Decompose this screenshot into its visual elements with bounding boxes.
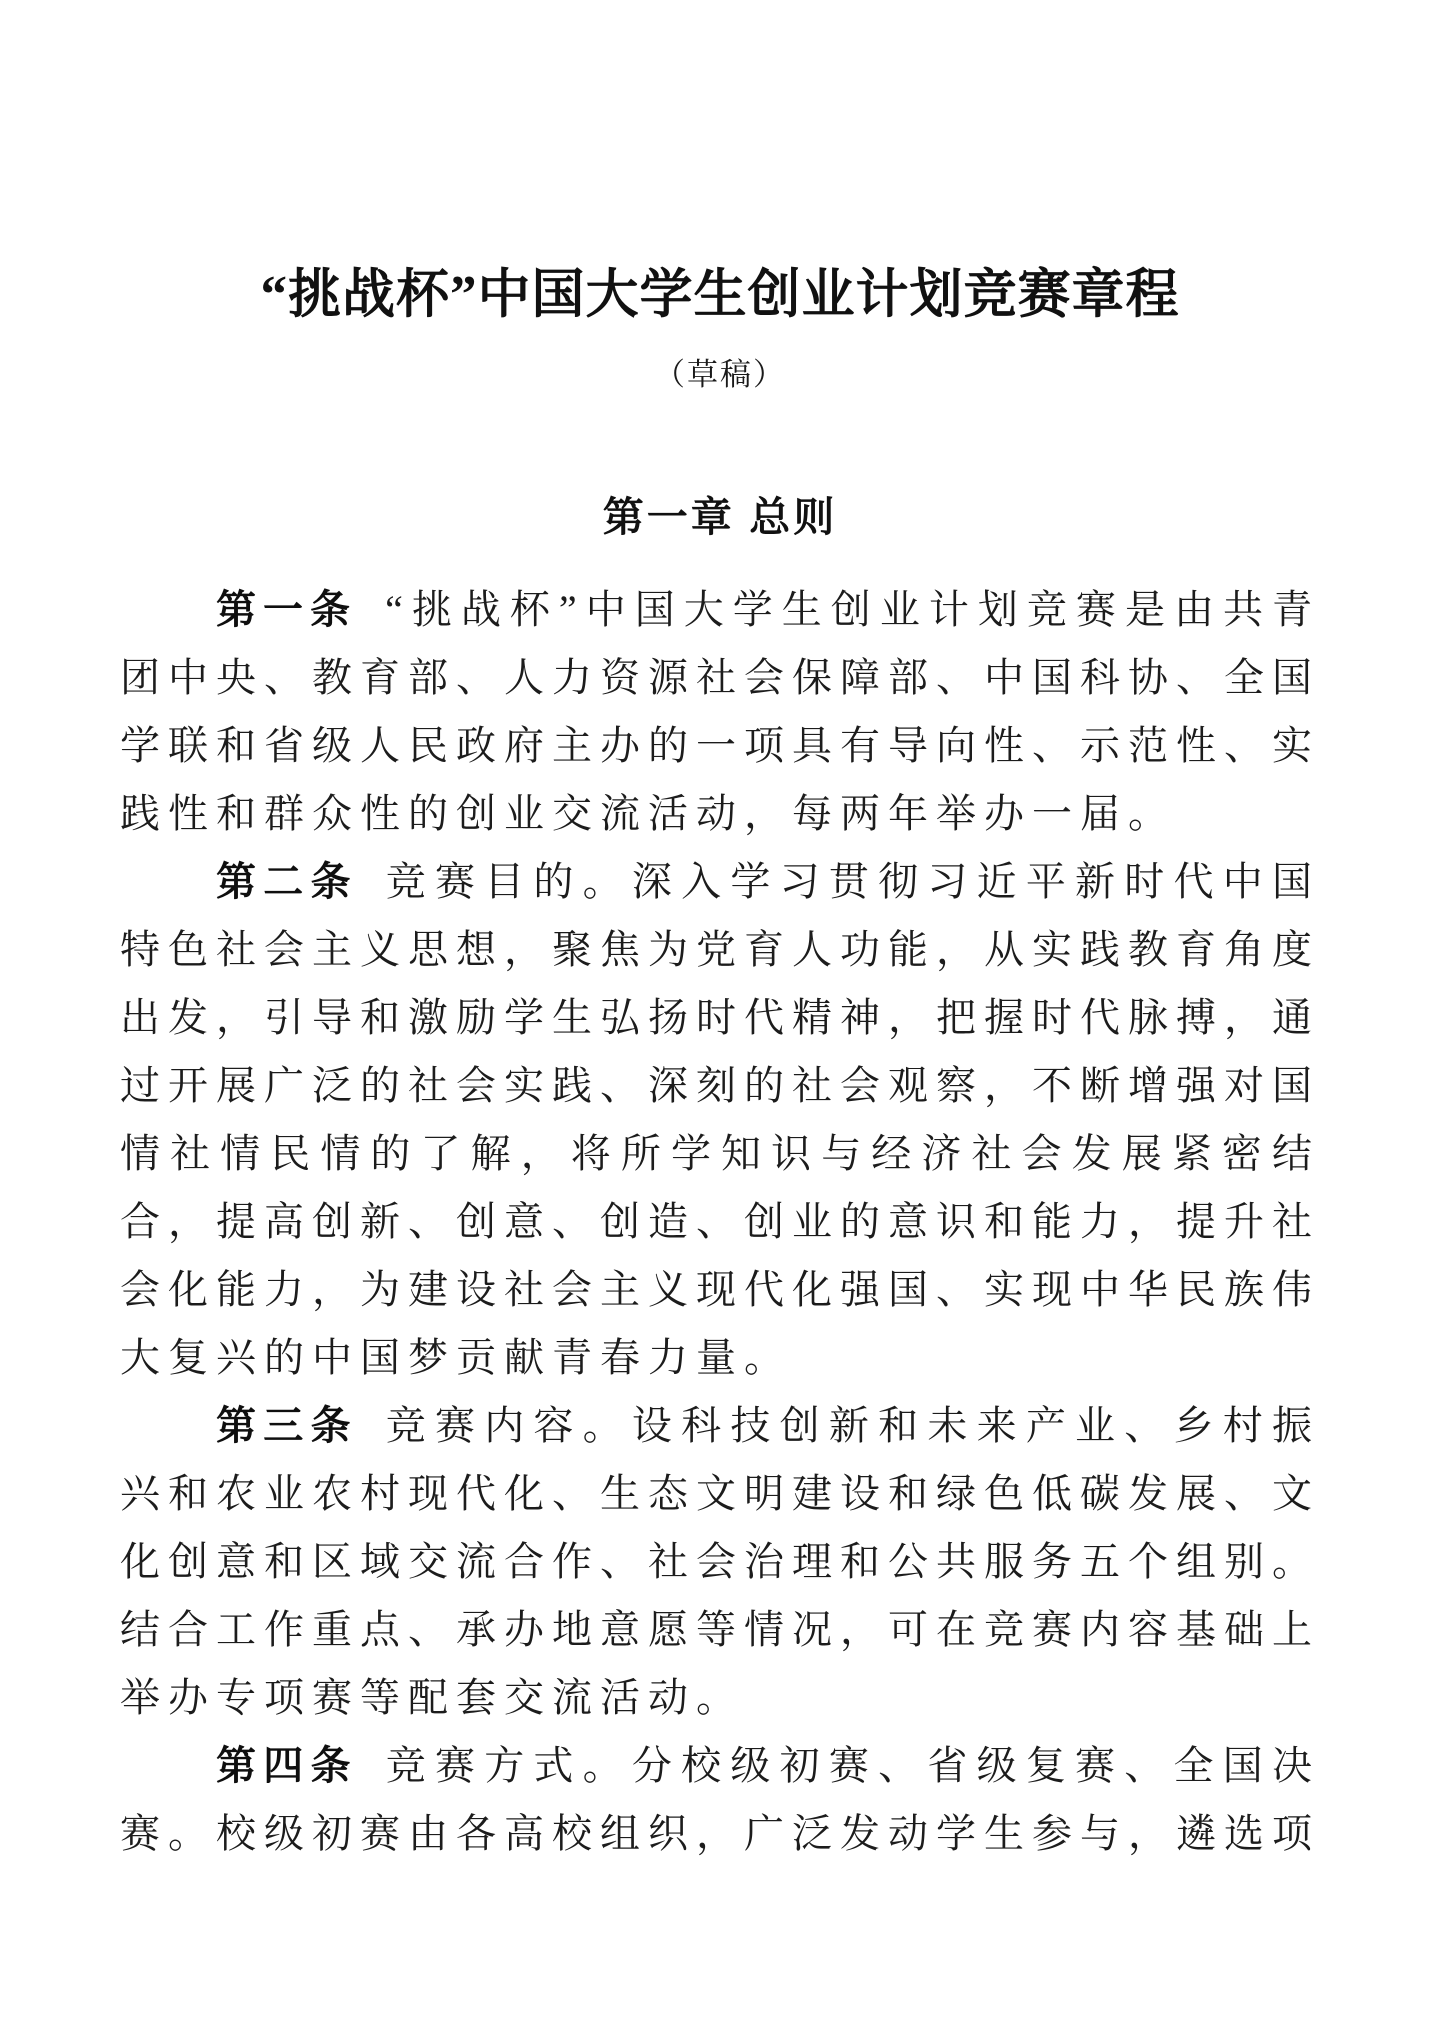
article-4: 第四条竞赛方式。分校级初赛、省级复赛、全国决赛。校级初赛由各高校组织，广泛发动学…	[120, 1732, 1320, 1868]
article-2: 第二条竞赛目的。深入学习贯彻习近平新时代中国特色社会主义思想，聚焦为党育人功能，…	[120, 848, 1320, 1392]
document-page: “挑战杯”中国大学生创业计划竞赛章程 （草稿） 第一章 总则 第一条“挑战杯”中…	[0, 0, 1440, 2037]
article-2-text: 竞赛目的。深入学习贯彻习近平新时代中国特色社会主义思想，聚焦为党育人功能，从实践…	[120, 859, 1320, 1380]
article-3: 第三条竞赛内容。设科技创新和未来产业、乡村振兴和农业农村现代化、生态文明建设和绿…	[120, 1392, 1320, 1732]
article-1: 第一条“挑战杯”中国大学生创业计划竞赛是由共青团中央、教育部、人力资源社会保障部…	[120, 576, 1320, 848]
document-title: “挑战杯”中国大学生创业计划竞赛章程	[120, 0, 1320, 328]
article-1-label: 第一条	[216, 588, 357, 632]
document-subtitle: （草稿）	[120, 355, 1320, 395]
articles-section: 第一条“挑战杯”中国大学生创业计划竞赛是由共青团中央、教育部、人力资源社会保障部…	[120, 576, 1320, 1868]
article-4-label: 第四条	[216, 1744, 358, 1788]
chapter-heading: 第一章 总则	[120, 492, 1320, 542]
article-3-label: 第三条	[216, 1404, 358, 1448]
article-2-label: 第二条	[216, 860, 358, 904]
article-3-text: 竞赛内容。设科技创新和未来产业、乡村振兴和农业农村现代化、生态文明建设和绿色低碳…	[120, 1403, 1320, 1720]
